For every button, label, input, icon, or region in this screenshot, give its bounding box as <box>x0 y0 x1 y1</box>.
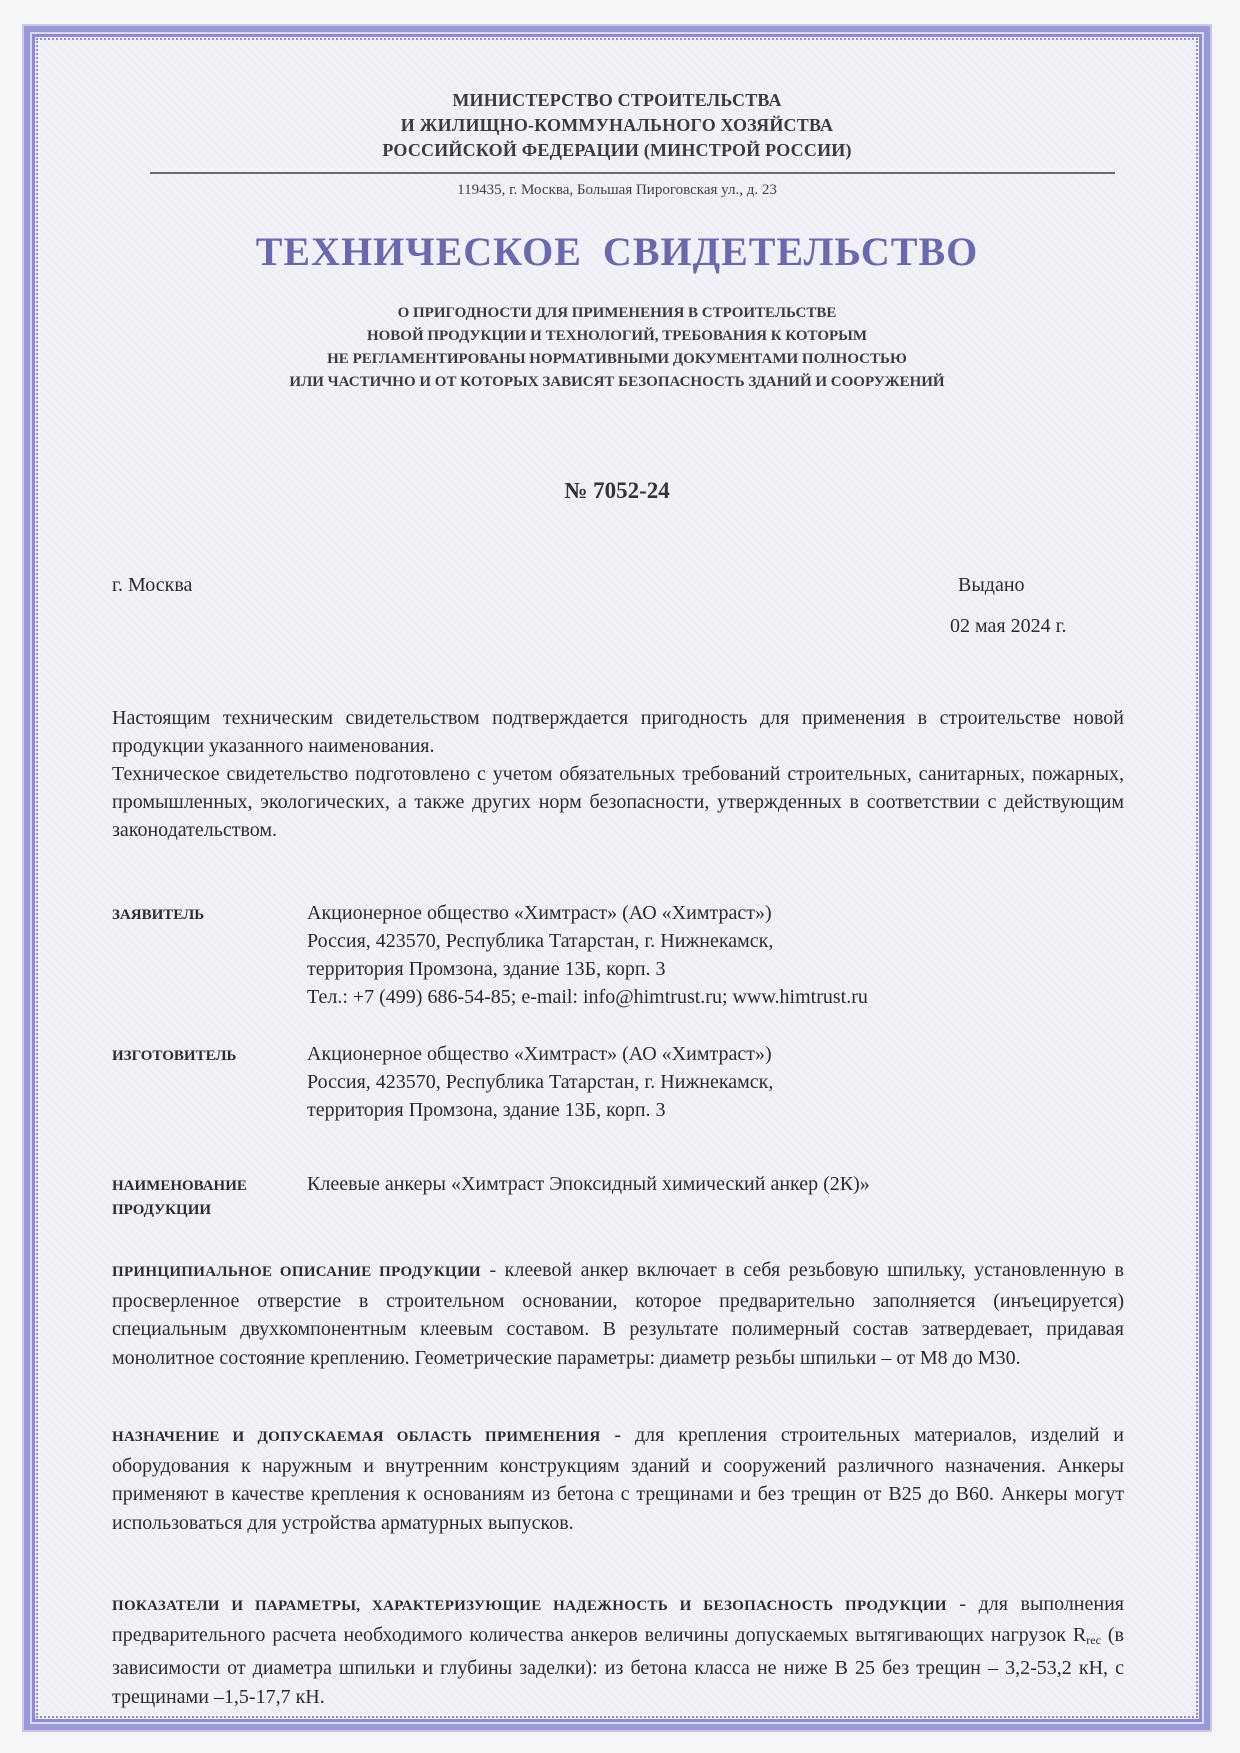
certificate-number: № 7052-24 <box>30 478 1204 504</box>
section-heading: НАЗНАЧЕНИЕ И ДОПУСКАЕМАЯ ОБЛАСТЬ ПРИМЕНЕ… <box>112 1429 601 1445</box>
ministry-line: И ЖИЛИЩНО-КОММУНАЛЬНОГО ХОЗЯЙСТВА <box>30 113 1204 138</box>
product-label: НАИМЕНОВАНИЕ ПРОДУКЦИИ <box>112 1174 292 1222</box>
intro-paragraph: Настоящим техническим свидетельством под… <box>112 704 1124 760</box>
subtitle-line: НЕ РЕГЛАМЕНТИРОВАНЫ НОРМАТИВНЫМИ ДОКУМЕН… <box>30 348 1204 371</box>
issue-city: г. Москва <box>112 574 192 597</box>
certificate-page: МИНИСТЕРСТВО СТРОИТЕЛЬСТВА И ЖИЛИЩНО-КОМ… <box>30 32 1204 1724</box>
section-description: ПРИНЦИПИАЛЬНОЕ ОПИСАНИЕ ПРОДУКЦИИ - клее… <box>112 1256 1124 1372</box>
manufacturer-line: Россия, 423570, Республика Татарстан, г.… <box>307 1068 773 1096</box>
intro-paragraph: Техническое свидетельство подготовлено с… <box>112 760 1124 844</box>
applicant-label: ЗАЯВИТЕЛЬ <box>112 903 292 927</box>
ministry-header: МИНИСТЕРСТВО СТРОИТЕЛЬСТВА И ЖИЛИЩНО-КОМ… <box>30 88 1204 163</box>
product-label-line: ПРОДУКЦИИ <box>112 1198 292 1222</box>
section-heading: ПРИНЦИПИАЛЬНОЕ ОПИСАНИЕ ПРОДУКЦИИ <box>112 1264 481 1280</box>
subtitle-line: НОВОЙ ПРОДУКЦИИ И ТЕХНОЛОГИЙ, ТРЕБОВАНИЯ… <box>30 325 1204 348</box>
product-name: Клеевые анкеры «Химтраст Эпоксидный хими… <box>307 1170 870 1198</box>
product-label-line: НАИМЕНОВАНИЕ <box>112 1174 292 1198</box>
subtitle-line: ИЛИ ЧАСТИЧНО И ОТ КОТОРЫХ ЗАВИСЯТ БЕЗОПА… <box>30 371 1204 394</box>
applicant-contacts: Тел.: +7 (499) 686-54-85; e-mail: info@h… <box>307 983 868 1011</box>
section-parameters: ПОКАЗАТЕЛИ И ПАРАМЕТРЫ, ХАРАКТЕРИЗУЮЩИЕ … <box>112 1590 1124 1711</box>
applicant-line: Россия, 423570, Республика Татарстан, г.… <box>307 927 868 955</box>
subscript-rec: rec <box>1086 1633 1101 1647</box>
ministry-address: 119435, г. Москва, Большая Пироговская у… <box>30 182 1204 199</box>
applicant-line: территория Промзона, здание 13Б, корп. 3 <box>307 955 868 983</box>
applicant-value: Акционерное общество «Химтраст» (АО «Хим… <box>307 899 868 1011</box>
ministry-line: РОССИЙСКОЙ ФЕДЕРАЦИИ (МИНСТРОЙ РОССИИ) <box>30 138 1204 163</box>
manufacturer-value: Акционерное общество «Химтраст» (АО «Хим… <box>307 1040 773 1124</box>
manufacturer-label: ИЗГОТОВИТЕЛЬ <box>112 1044 292 1068</box>
section-heading: ПОКАЗАТЕЛИ И ПАРАМЕТРЫ, ХАРАКТЕРИЗУЮЩИЕ … <box>112 1598 947 1614</box>
certificate-border: МИНИСТЕРСТВО СТРОИТЕЛЬСТВА И ЖИЛИЩНО-КОМ… <box>24 26 1210 1730</box>
subtitle-line: О ПРИГОДНОСТИ ДЛЯ ПРИМЕНЕНИЯ В СТРОИТЕЛЬ… <box>30 302 1204 325</box>
manufacturer-line: территория Промзона, здание 13Б, корп. 3 <box>307 1096 773 1124</box>
header-divider <box>150 172 1115 174</box>
ministry-line: МИНИСТЕРСТВО СТРОИТЕЛЬСТВА <box>30 88 1204 113</box>
applicant-line: Акционерное общество «Химтраст» (АО «Хим… <box>307 899 868 927</box>
issued-label: Выдано <box>958 574 1025 597</box>
issued-date: 02 мая 2024 г. <box>950 615 1067 638</box>
manufacturer-line: Акционерное общество «Химтраст» (АО «Хим… <box>307 1040 773 1068</box>
section-purpose: НАЗНАЧЕНИЕ И ДОПУСКАЕМАЯ ОБЛАСТЬ ПРИМЕНЕ… <box>112 1421 1124 1537</box>
document-subtitle: О ПРИГОДНОСТИ ДЛЯ ПРИМЕНЕНИЯ В СТРОИТЕЛЬ… <box>30 302 1204 394</box>
document-title: ТЕХНИЧЕСКОЕ СВИДЕТЕЛЬСТВО <box>30 228 1204 275</box>
